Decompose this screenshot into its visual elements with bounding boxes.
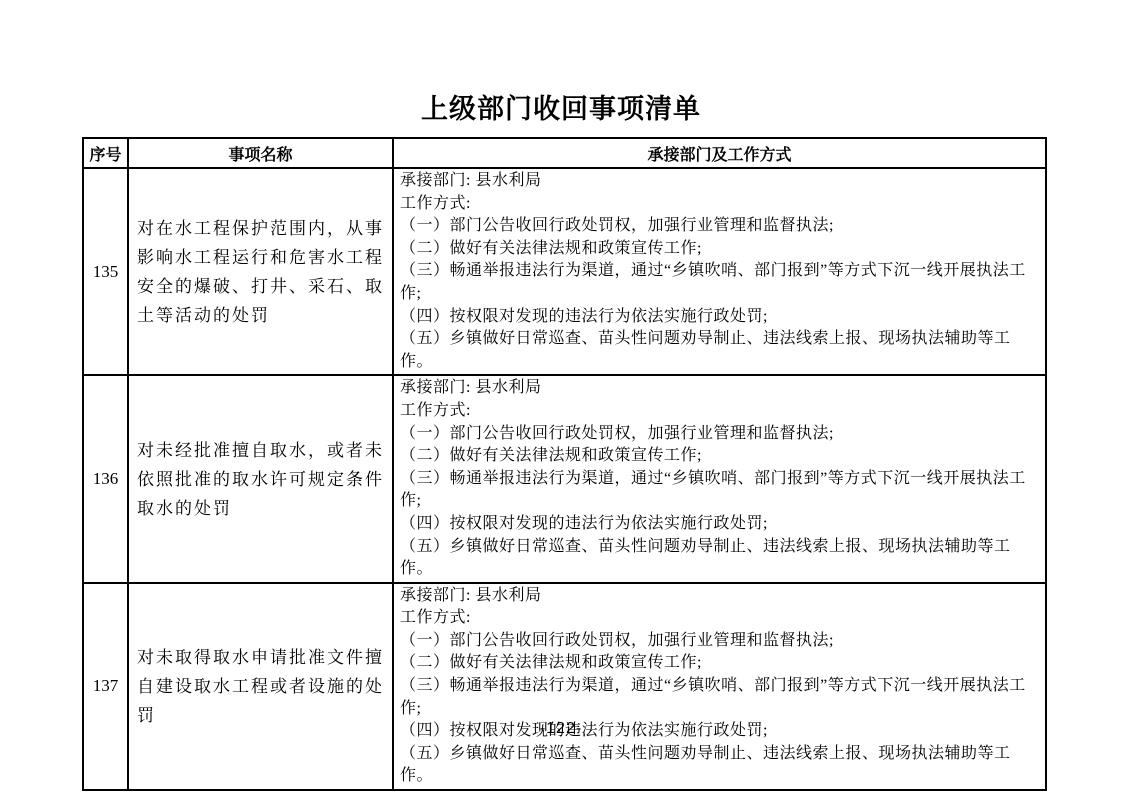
detail-line-1: （一）部门公告收回行政处罚权，加强行业管理和监督执法; <box>400 423 1037 446</box>
detail-line-department: 承接部门: 县水利局 <box>400 170 1037 193</box>
detail-line-method-label: 工作方式: <box>400 607 1037 630</box>
page-number: -122- <box>0 720 1122 738</box>
detail-line-5: （五）乡镇做好日常巡查、苗头性问题劝导制止、违法线索上报、现场执法辅助等工作。 <box>400 743 1037 788</box>
header-cell-department-method: 承接部门及工作方式 <box>393 138 1046 168</box>
detail-line-5: （五）乡镇做好日常巡查、苗头性问题劝导制止、违法线索上报、现场执法辅助等工作。 <box>400 536 1037 581</box>
serial-number: 135 <box>83 168 128 375</box>
detail-line-2: （二）做好有关法律法规和政策宣传工作; <box>400 238 1037 261</box>
detail-line-5: （五）乡镇做好日常巡查、苗头性问题劝导制止、违法线索上报、现场执法辅助等工作。 <box>400 328 1037 373</box>
detail-line-2: （二）做好有关法律法规和政策宣传工作; <box>400 445 1037 468</box>
table-header-row: 序号 事项名称 承接部门及工作方式 <box>83 138 1046 168</box>
item-name: 对未经批准擅自取水，或者未依照批准的取水许可规定条件取水的处罚 <box>128 375 393 582</box>
detail-line-department: 承接部门: 县水利局 <box>400 585 1037 608</box>
document-page: 上级部门收回事项清单 序号 事项名称 承接部门及工作方式 135 对在水工程保护… <box>0 0 1122 793</box>
table-row-136: 136 对未经批准擅自取水，或者未依照批准的取水许可规定条件取水的处罚 承接部门… <box>83 375 1046 582</box>
work-method-cell: 承接部门: 县水利局 工作方式: （一）部门公告收回行政处罚权，加强行业管理和监… <box>393 583 1046 790</box>
page-title: 上级部门收回事项清单 <box>0 92 1122 126</box>
serial-number: 137 <box>83 583 128 790</box>
work-method-cell: 承接部门: 县水利局 工作方式: （一）部门公告收回行政处罚权，加强行业管理和监… <box>393 375 1046 582</box>
header-cell-serial: 序号 <box>83 138 128 168</box>
detail-line-2: （二）做好有关法律法规和政策宣传工作; <box>400 652 1037 675</box>
item-name: 对在水工程保护范围内，从事影响水工程运行和危害水工程安全的爆破、打井、采石、取土… <box>128 168 393 375</box>
detail-line-method-label: 工作方式: <box>400 193 1037 216</box>
work-method-cell: 承接部门: 县水利局 工作方式: （一）部门公告收回行政处罚权，加强行业管理和监… <box>393 168 1046 375</box>
detail-line-4: （四）按权限对发现的违法行为依法实施行政处罚; <box>400 306 1037 329</box>
detail-line-3: （三）畅通举报违法行为渠道，通过“乡镇吹哨、部门报到”等方式下沉一线开展执法工作… <box>400 675 1037 720</box>
detail-line-method-label: 工作方式: <box>400 400 1037 423</box>
detail-line-1: （一）部门公告收回行政处罚权，加强行业管理和监督执法; <box>400 215 1037 238</box>
detail-line-4: （四）按权限对发现的违法行为依法实施行政处罚; <box>400 513 1037 536</box>
detail-line-3: （三）畅通举报违法行为渠道，通过“乡镇吹哨、部门报到”等方式下沉一线开展执法工作… <box>400 260 1037 305</box>
items-table: 序号 事项名称 承接部门及工作方式 135 对在水工程保护范围内，从事影响水工程… <box>82 137 1047 791</box>
serial-number: 136 <box>83 375 128 582</box>
item-name: 对未取得取水申请批准文件擅自建设取水工程或者设施的处罚 <box>128 583 393 790</box>
detail-line-3: （三）畅通举报违法行为渠道，通过“乡镇吹哨、部门报到”等方式下沉一线开展执法工作… <box>400 468 1037 513</box>
detail-line-1: （一）部门公告收回行政处罚权，加强行业管理和监督执法; <box>400 630 1037 653</box>
table-row-135: 135 对在水工程保护范围内，从事影响水工程运行和危害水工程安全的爆破、打井、采… <box>83 168 1046 375</box>
table-row-137: 137 对未取得取水申请批准文件擅自建设取水工程或者设施的处罚 承接部门: 县水… <box>83 583 1046 790</box>
header-cell-item-name: 事项名称 <box>128 138 393 168</box>
detail-line-department: 承接部门: 县水利局 <box>400 377 1037 400</box>
